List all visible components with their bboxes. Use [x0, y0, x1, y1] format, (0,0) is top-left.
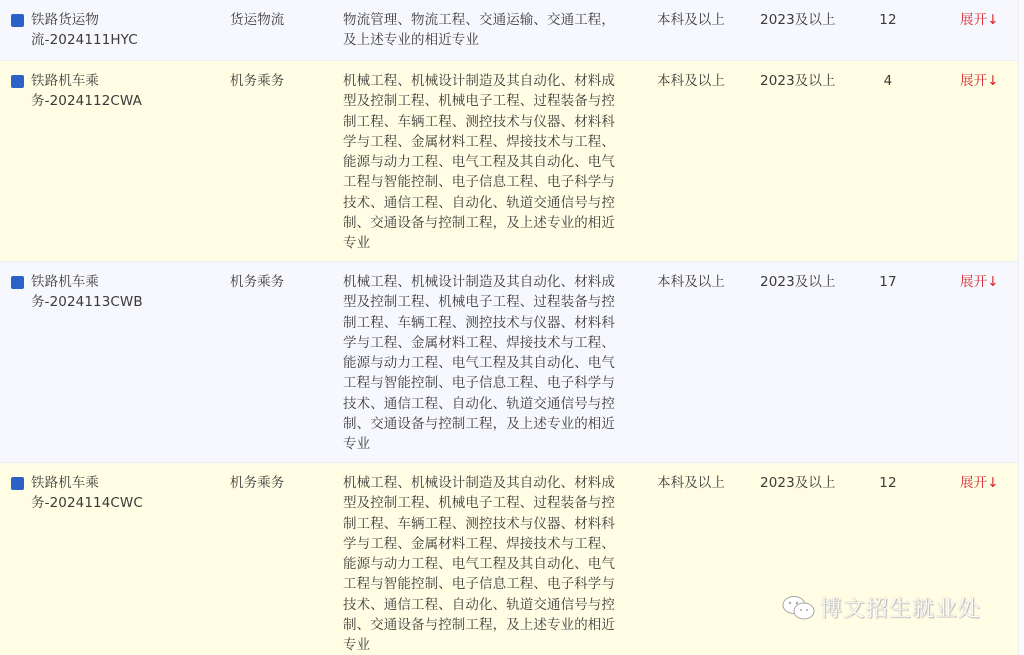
expand-link[interactable]: 展开↓ — [960, 272, 1010, 292]
table-row: 铁路机车乘务-2024112CWA 机务乘务 机械工程、机械设计制造及其自动化、… — [0, 61, 1018, 262]
graduation-year: 2023及以上 — [760, 71, 860, 91]
expand-link[interactable]: 展开↓ — [960, 10, 1010, 30]
wechat-icon — [782, 595, 816, 621]
row-checkbox[interactable] — [11, 14, 24, 27]
watermark-text: 博文招生就业处 — [820, 592, 981, 623]
hire-count: 17 — [870, 272, 906, 292]
position-name: 铁路机车乘务-2024112CWA — [31, 71, 181, 112]
row-checkbox[interactable] — [11, 276, 24, 289]
row-checkbox[interactable] — [11, 75, 24, 88]
watermark: 博文招生就业处 — [782, 592, 981, 623]
graduation-year: 2023及以上 — [760, 10, 860, 30]
position-majors: 机械工程、机械设计制造及其自动化、材料成型及控制工程、机械电子工程、过程装备与控… — [343, 272, 625, 455]
position-name: 铁路机车乘务-2024114CWC — [31, 473, 181, 514]
table-row: 铁路机车乘务-2024113CWB 机务乘务 机械工程、机械设计制造及其自动化、… — [0, 262, 1018, 463]
position-majors: 机械工程、机械设计制造及其自动化、材料成型及控制工程、机械电子工程、过程装备与控… — [343, 71, 625, 254]
table-row: 铁路机车乘务-2024114CWC 机务乘务 机械工程、机械设计制造及其自动化、… — [0, 463, 1018, 655]
position-majors: 物流管理、物流工程、交通运输、交通工程，及上述专业的相近专业 — [343, 10, 625, 51]
expand-link[interactable]: 展开↓ — [960, 71, 1010, 91]
education-requirement: 本科及以上 — [657, 473, 747, 493]
position-majors: 机械工程、机械设计制造及其自动化、材料成型及控制工程、机械电子工程、过程装备与控… — [343, 473, 625, 655]
position-category: 货运物流 — [230, 10, 330, 30]
hire-count: 4 — [870, 71, 906, 91]
scroll-edge — [1018, 0, 1024, 655]
position-category: 机务乘务 — [230, 473, 330, 493]
hire-count: 12 — [870, 473, 906, 493]
position-name: 铁路机车乘务-2024113CWB — [31, 272, 181, 313]
table-row: 铁路货运物流-2024111HYC 货运物流 物流管理、物流工程、交通运输、交通… — [0, 0, 1018, 61]
education-requirement: 本科及以上 — [657, 71, 747, 91]
position-category: 机务乘务 — [230, 71, 330, 91]
row-checkbox[interactable] — [11, 477, 24, 490]
position-category: 机务乘务 — [230, 272, 330, 292]
graduation-year: 2023及以上 — [760, 473, 860, 493]
job-positions-table: 铁路货运物流-2024111HYC 货运物流 物流管理、物流工程、交通运输、交通… — [0, 0, 1018, 655]
hire-count: 12 — [870, 10, 906, 30]
education-requirement: 本科及以上 — [657, 10, 747, 30]
expand-link[interactable]: 展开↓ — [960, 473, 1010, 493]
position-name: 铁路货运物流-2024111HYC — [31, 10, 181, 51]
graduation-year: 2023及以上 — [760, 272, 860, 292]
education-requirement: 本科及以上 — [657, 272, 747, 292]
